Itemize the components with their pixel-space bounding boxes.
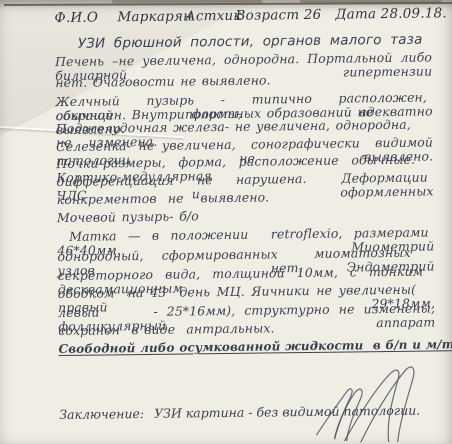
fio-label: Ф.И.О [54, 10, 98, 27]
report-line-free-fluid: Свободной либо осумкованной жидкости в б… [58, 338, 393, 356]
report-line: Мочевой пузырь- б/о [57, 206, 434, 225]
report-date: Дата 28.09.18. [335, 5, 447, 22]
document-content: Ф.И.О Маркарян Астхик Возраст 26 Дата 28… [0, 0, 452, 444]
report-line: конкрементов не выявлено. [57, 188, 434, 207]
patient-last-name: Маркарян [117, 8, 192, 25]
report-line: нет. Очаговости не выявлено. [55, 71, 432, 90]
doctor-signature [314, 355, 452, 443]
report-line: сохранен в виде антральных. [58, 319, 435, 338]
conclusion-label: Заключение: [59, 406, 144, 422]
report-title: УЗИ брюшной полости, органов малого таза [78, 32, 390, 52]
patient-first-name: Астхик [185, 8, 241, 25]
patient-age: Возраст 26 [235, 7, 321, 24]
scanned-ultrasound-report: Ф.И.О Маркарян Астхик Возраст 26 Дата 28… [0, 0, 452, 444]
